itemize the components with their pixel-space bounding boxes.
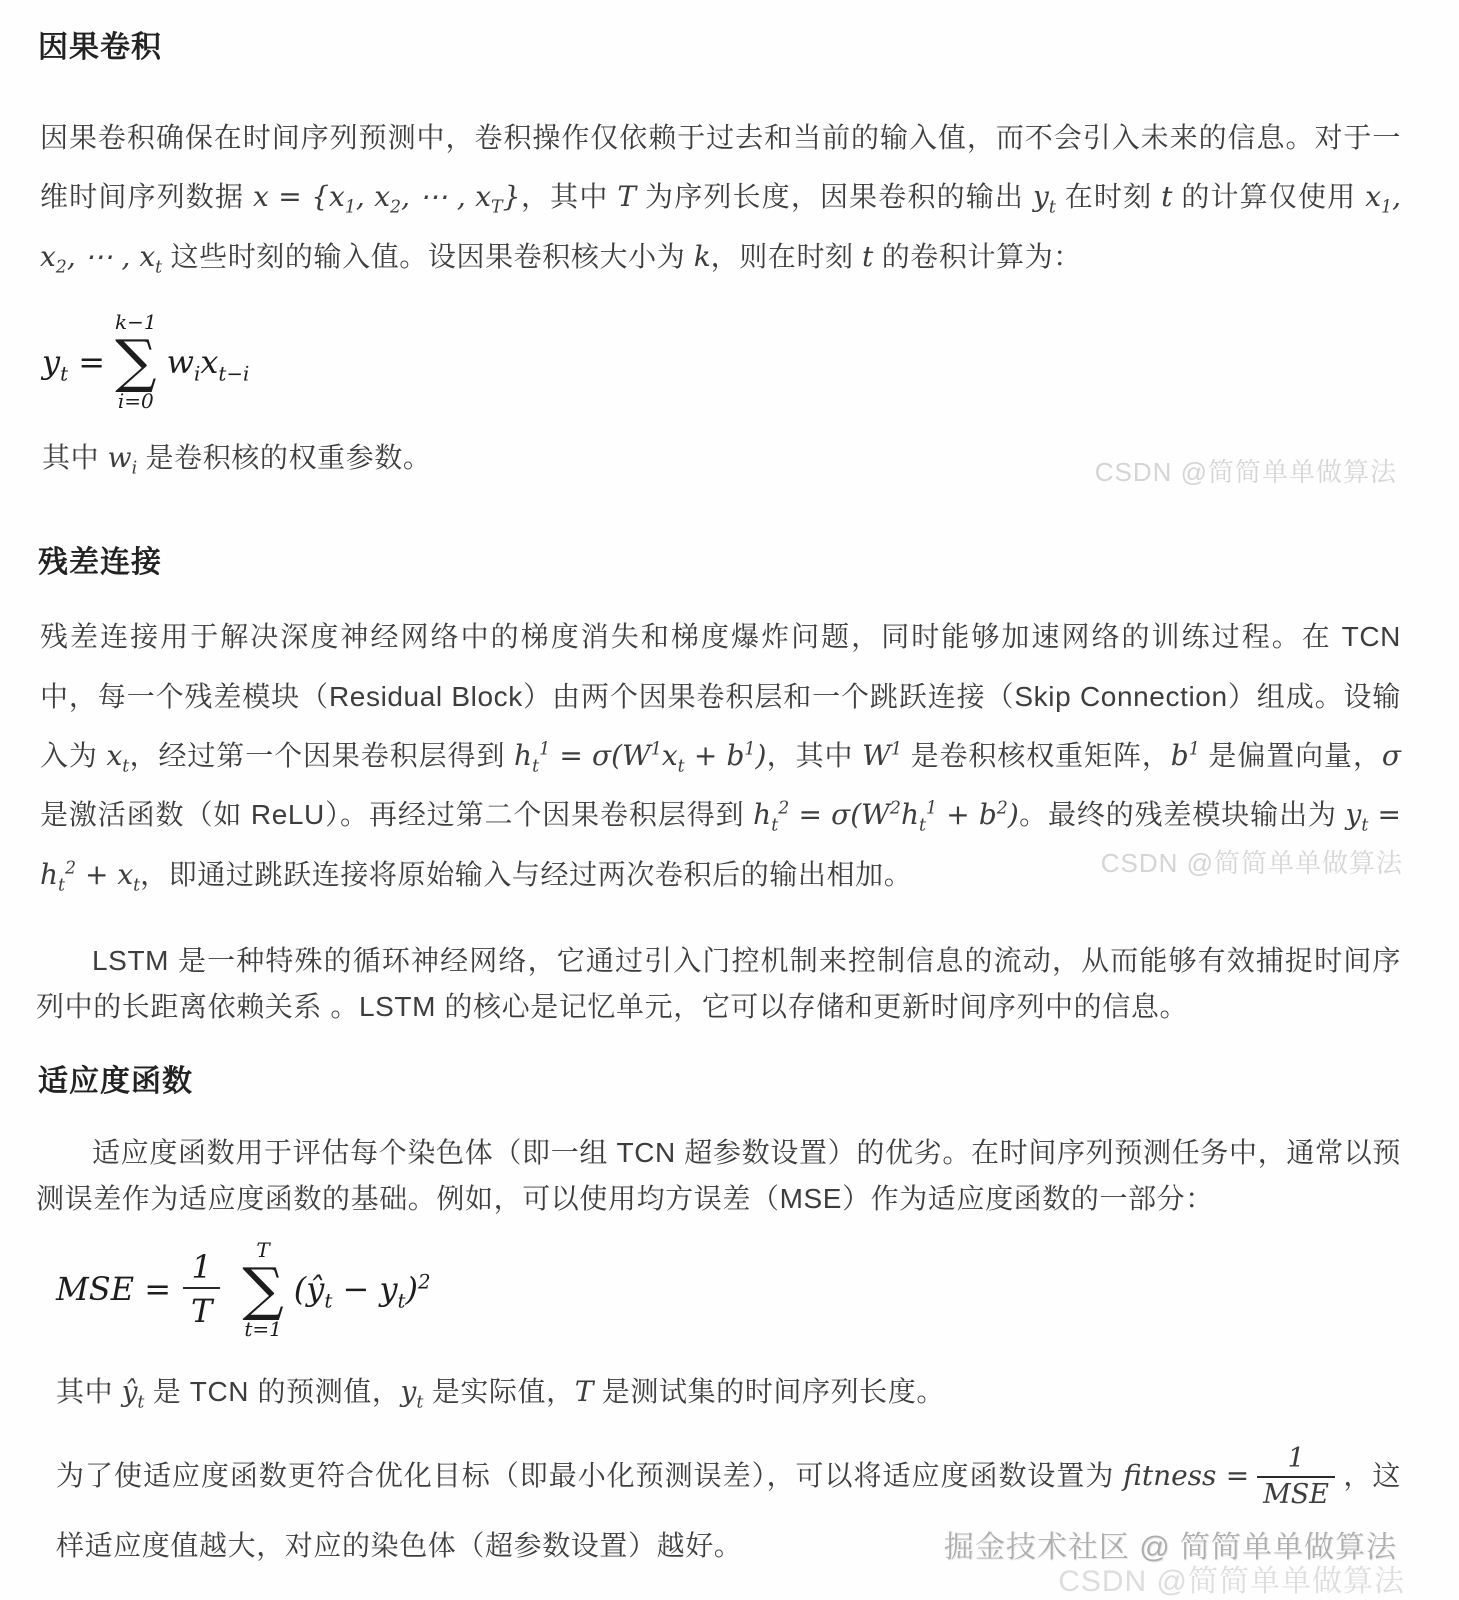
section-title-fitness-function: 适应度函数 <box>38 1056 1401 1100</box>
sum-lower-limit: i=0 <box>118 389 154 413</box>
fraction-numerator: 1 <box>1287 1443 1304 1475</box>
formula-rhs: (ŷt − yt)2 <box>294 1270 431 1308</box>
formula-lhs: MSE = <box>56 1270 171 1308</box>
inline-math: x1, x2, ⋯ , xt <box>40 180 1401 272</box>
inline-math: ŷt <box>122 1375 145 1408</box>
csdn-watermark: CSDN @简简单单做算法 <box>1095 452 1397 489</box>
inline-fraction: 1MSE <box>1257 1443 1335 1511</box>
sigma-icon: ∑ <box>115 334 156 389</box>
inline-math: k <box>694 240 711 273</box>
inline-math: ht2 = σ(W2ht1 + b2) <box>753 798 1019 831</box>
fraction: 1 T <box>183 1247 220 1331</box>
inline-math: b1 <box>1171 739 1200 772</box>
causal-convolution-formula: yt = k−1 ∑ i=0 wixt−i <box>42 310 1401 413</box>
sum-lower-limit: t=1 <box>244 1317 282 1341</box>
fraction-numerator: 1 <box>192 1247 212 1287</box>
inline-math: T <box>575 1375 594 1408</box>
formula-lhs: yt = <box>42 343 105 381</box>
lstm-paragraph: LSTM 是一种特殊的循环神经网络，它通过引入门控机制来控制信息的流动，从而能够… <box>36 938 1401 1030</box>
summation-symbol: k−1 ∑ i=0 <box>115 310 157 413</box>
inline-math: yt <box>401 1375 424 1408</box>
inline-math: wi <box>108 441 138 474</box>
inline-math: x = {x1, x2, ⋯ , xT} <box>253 180 520 213</box>
fraction-denominator: MSE <box>1257 1476 1335 1511</box>
section-title-causal-convolution: 因果卷积 <box>38 22 1401 66</box>
inline-math: W1 <box>862 739 902 772</box>
mse-formula-note: 其中 ŷt 是 TCN 的预测值，yt 是实际值，T 是测试集的时间序列长度。 <box>56 1371 1401 1413</box>
fraction-denominator: T <box>183 1287 220 1331</box>
fitness-function-paragraph: 适应度函数用于评估每个染色体（即一组 TCN 超参数设置）的优劣。在时间序列预测… <box>36 1130 1401 1222</box>
csdn-watermark: CSDN @简简单单做算法 <box>1101 843 1403 880</box>
mse-formula: MSE = 1 T T ∑ t=1 (ŷt − yt)2 <box>56 1238 1401 1341</box>
inline-math: σ <box>1382 739 1401 772</box>
inline-math: t <box>862 240 873 273</box>
inline-math: fitness = <box>1123 1459 1249 1492</box>
section-title-residual-connection: 残差连接 <box>38 537 1401 581</box>
inline-math: T <box>617 180 636 213</box>
csdn-watermark: CSDN @简简单单做算法 <box>1058 1556 1405 1600</box>
formula-rhs: wixt−i <box>167 343 250 381</box>
summation-symbol: T ∑ t=1 <box>242 1238 283 1341</box>
sigma-icon: ∑ <box>242 1262 283 1317</box>
causal-convolution-paragraph: 因果卷积确保在时间序列预测中，卷积操作仅依赖于过去和当前的输入值，而不会引入未来… <box>40 108 1401 286</box>
inline-math: t <box>1161 180 1172 213</box>
inline-math: xt <box>107 739 130 772</box>
article-page: 因果卷积 因果卷积确保在时间序列预测中，卷积操作仅依赖于过去和当前的输入值，而不… <box>0 0 1459 1600</box>
inline-math: yt <box>1033 180 1056 213</box>
inline-math: ht1 = σ(W1xt + b1) <box>514 739 766 772</box>
